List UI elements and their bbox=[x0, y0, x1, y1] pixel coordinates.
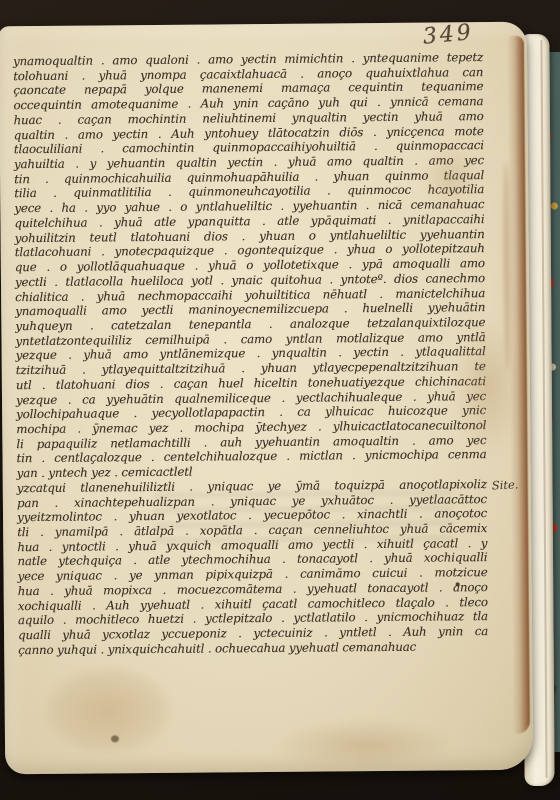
folio-number: 349 bbox=[422, 20, 475, 50]
manuscript-text-block: ynamoqualtin . amo qualoni . amo yectin … bbox=[13, 50, 488, 658]
stain bbox=[42, 665, 173, 756]
book-photograph: 349 ynamoqualtin . amo qualoni . amo yec… bbox=[0, 0, 560, 800]
manuscript-line: çanno yuhqui . ynixquichcahuitl . ochuec… bbox=[18, 639, 488, 658]
margin-note: Site. bbox=[491, 477, 518, 492]
page-fore-edge-stain bbox=[507, 36, 530, 734]
manuscript-page: 349 ynamoqualtin . amo qualoni . amo yec… bbox=[0, 22, 533, 775]
stain bbox=[270, 717, 460, 774]
ink-blot bbox=[111, 735, 119, 742]
